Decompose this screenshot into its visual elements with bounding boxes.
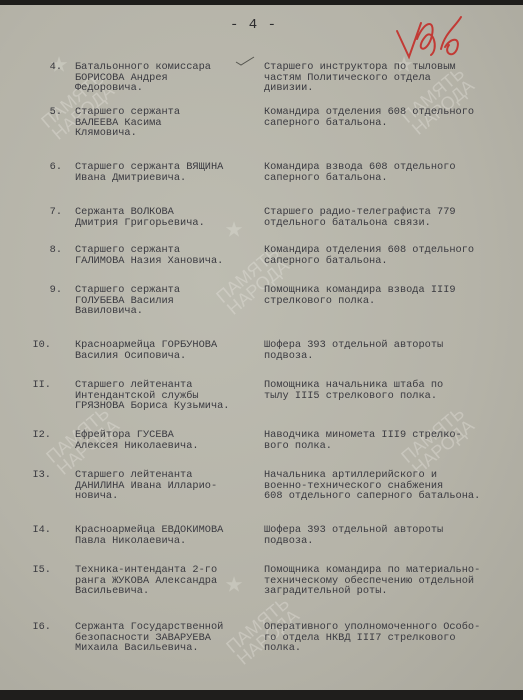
position-line: Помощника начальника штаба по (264, 380, 443, 391)
person-line: ГАЛИМОВА Назия Хановича. (75, 256, 223, 267)
person-name: Техника-интенданта 2-горанга ЖУКОВА Алек… (75, 565, 217, 597)
position-description: Шофера 393 отдельной авторотыподвоза. (264, 340, 443, 361)
position-description: Помощника командира взвода III9стрелково… (264, 285, 456, 306)
person-line: Клямовича. (75, 128, 180, 139)
person-line: новича. (75, 491, 217, 502)
person-line: Старшего сержанта (75, 245, 223, 256)
entry-number: 7. (34, 207, 62, 218)
position-line: Начальника артиллерийского и (264, 470, 480, 481)
person-name: Старшего сержантаВАЛЕЕВА КасимаКлямовича… (75, 107, 180, 139)
person-line: Вавиловича. (75, 306, 180, 317)
position-line: полка. (264, 643, 480, 654)
person-name: Красноармейца ЕВДОКИМОВАПавла Николаевич… (75, 525, 223, 546)
person-name: Старшего лейтенантаИнтендантской службыГ… (75, 380, 229, 412)
person-line: Ефрейтора ГУСЕВА (75, 430, 199, 441)
person-line: Ивана Дмитриевича. (75, 173, 223, 184)
position-description: Старшего инструктора по тыловымчастям По… (264, 62, 456, 94)
handwritten-mark (395, 9, 475, 64)
person-name: Красноармейца ГОРБУНОВАВасилия Осиповича… (75, 340, 217, 361)
person-line: Техника-интенданта 2-го (75, 565, 217, 576)
entry-number: I3. (23, 470, 51, 481)
position-description: Наводчика миномета III9 стрелко-вого пол… (264, 430, 462, 451)
person-line: Батальонного комиссара (75, 62, 211, 73)
person-name: Старшего сержантаГОЛУБЕВА ВасилияВавилов… (75, 285, 180, 317)
scan-bottom-edge (0, 690, 523, 700)
entry-number: 5. (34, 107, 62, 118)
position-line: подвоза. (264, 536, 443, 547)
person-line: Красноармейца ЕВДОКИМОВА (75, 525, 223, 536)
entry-number: II. (23, 380, 51, 391)
watermark-star-icon: ★ (225, 210, 243, 247)
entry-number: I2. (23, 430, 51, 441)
position-description: Помощника командира по материально-техни… (264, 565, 480, 597)
watermark-star-icon: ★ (225, 565, 243, 602)
entry-number: I4. (23, 525, 51, 536)
position-description: Старшего радио-телеграфиста 779отдельног… (264, 207, 456, 228)
person-name: Старшего лейтенантаДАНИЛИНА Ивана Иллари… (75, 470, 217, 502)
position-line: Старшего инструктора по тыловым (264, 62, 456, 73)
person-line: Старшего лейтенанта (75, 380, 229, 391)
person-line: Старшего сержанта ВЯЩИНА (75, 162, 223, 173)
person-name: Сержанта ВОЛКОВАДмитрия Григорьевича. (75, 207, 205, 228)
person-line: Старшего лейтенанта (75, 470, 217, 481)
person-line: Сержанта ВОЛКОВА (75, 207, 205, 218)
position-description: Командира отделения 608 отдельногосаперн… (264, 107, 474, 128)
entry-number: 8. (34, 245, 62, 256)
position-line: вого полка. (264, 441, 462, 452)
position-description: Командира взвода 608 отдельногосаперного… (264, 162, 456, 183)
position-line: стрелкового полка. (264, 296, 456, 307)
person-line: Павла Николаевича. (75, 536, 223, 547)
position-line: саперного батальона. (264, 256, 474, 267)
person-line: Старшего сержанта (75, 285, 180, 296)
position-description: Оперативного уполномоченного Особо-го от… (264, 622, 480, 654)
person-line: Дмитрия Григорьевича. (75, 218, 205, 229)
person-line: Алексея Николаевича. (75, 441, 199, 452)
entry-number: I6. (23, 622, 51, 633)
person-name: Старшего сержанта ВЯЩИНАИвана Дмитриевич… (75, 162, 223, 183)
entry-number: 4. (34, 62, 62, 73)
person-line: ГРЯЗНОВА Бориса Кузьмича. (75, 401, 229, 412)
position-line: саперного батальона. (264, 118, 474, 129)
entry-number: 9. (34, 285, 62, 296)
person-line: Михаила Васильевича. (75, 643, 223, 654)
person-line: Федоровича. (75, 83, 211, 94)
person-name: Сержанта Государственнойбезопасности ЗАВ… (75, 622, 223, 654)
person-line: Васильевича. (75, 586, 217, 597)
position-description: Командира отделения 608 отдельногосаперн… (264, 245, 474, 266)
position-line: Командира взвода 608 отдельного (264, 162, 456, 173)
checkmark-icon (235, 55, 255, 67)
position-description: Помощника начальника штаба потылу III5 с… (264, 380, 443, 401)
position-line: Оперативного уполномоченного Особо- (264, 622, 480, 633)
entry-number: I0. (23, 340, 51, 351)
position-line: 608 отдельного саперного батальона. (264, 491, 480, 502)
person-name: Старшего сержантаГАЛИМОВА Назия Хановича… (75, 245, 223, 266)
document-page: - 4 - ★ ПАМЯТЬНАРОДА ★ ПАМЯТЬНАРОДА ★ ПА… (0, 5, 523, 693)
person-name: Батальонного комиссараБОРИСОВА АндреяФед… (75, 62, 211, 94)
position-line: подвоза. (264, 351, 443, 362)
position-line: Командира отделения 608 отдельного (264, 245, 474, 256)
person-line: Сержанта Государственной (75, 622, 223, 633)
person-name: Ефрейтора ГУСЕВААлексея Николаевича. (75, 430, 199, 451)
position-line: Шофера 393 отдельной автороты (264, 525, 443, 536)
entry-number: I5. (23, 565, 51, 576)
position-line: дивизии. (264, 83, 456, 94)
entry-number: 6. (34, 162, 62, 173)
position-description: Шофера 393 отдельной авторотыподвоза. (264, 525, 443, 546)
position-line: Помощника командира по материально- (264, 565, 480, 576)
position-line: Помощника командира взвода III9 (264, 285, 456, 296)
position-line: саперного батальона. (264, 173, 456, 184)
person-line: Старшего сержанта (75, 107, 180, 118)
person-line: Василия Осиповича. (75, 351, 217, 362)
position-line: заградительной роты. (264, 586, 480, 597)
position-line: тылу III5 стрелкового полка. (264, 391, 443, 402)
position-line: Командира отделения 608 отдельного (264, 107, 474, 118)
position-line: отдельного батальона связи. (264, 218, 456, 229)
person-line: Красноармейца ГОРБУНОВА (75, 340, 217, 351)
position-line: Наводчика миномета III9 стрелко- (264, 430, 462, 441)
page-number: - 4 - (230, 17, 277, 33)
position-line: Старшего радио-телеграфиста 779 (264, 207, 456, 218)
position-line: Шофера 393 отдельной автороты (264, 340, 443, 351)
position-description: Начальника артиллерийского ивоенно-техни… (264, 470, 480, 502)
